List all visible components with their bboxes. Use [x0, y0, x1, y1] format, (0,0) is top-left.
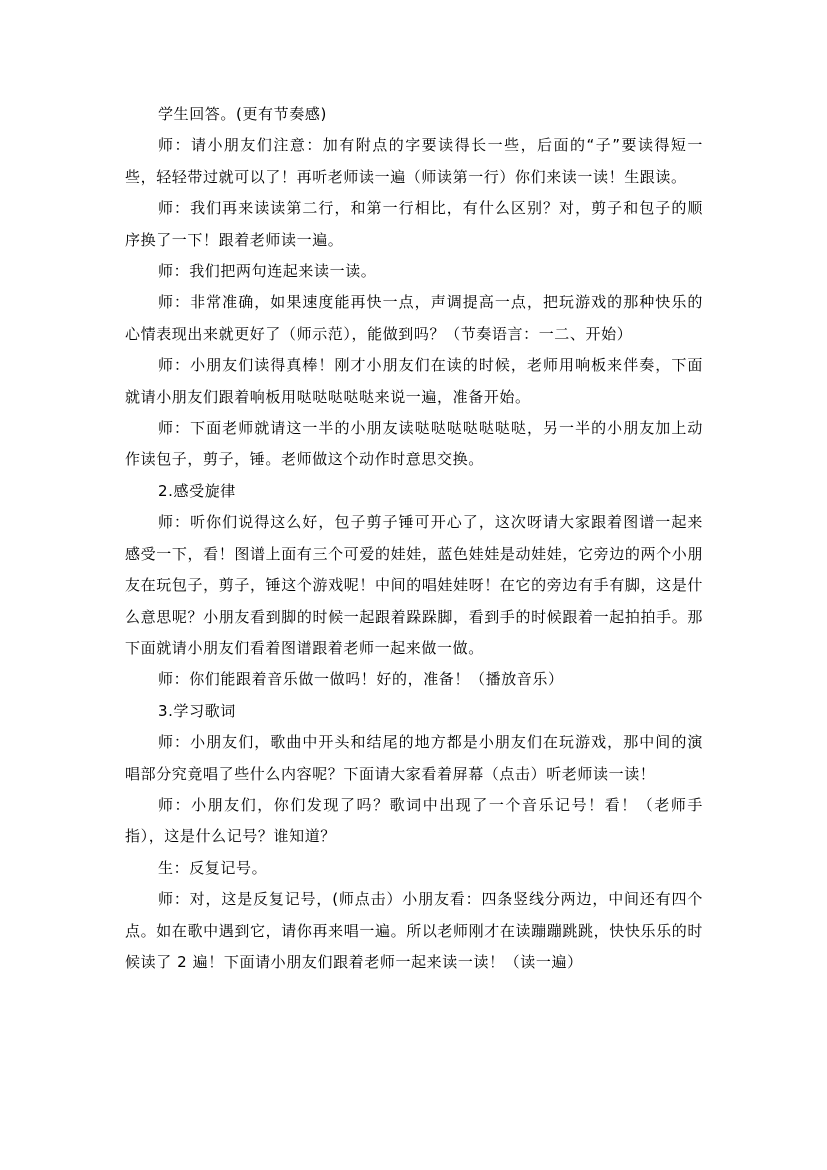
teacher-paragraph: 师：小朋友们，歌曲中开头和结尾的地方都是小朋友们在玩游戏，那中间的演唱部分究竟唱…: [125, 727, 703, 790]
teacher-paragraph: 师：小朋友们，你们发现了吗？歌词中出现了一个音乐记号！看！（老师手指），这是什么…: [125, 790, 703, 853]
teacher-paragraph: 师：听你们说得这么好，包子剪子锤可开心了，这次呀请大家跟着图谱一起来感受一下，看…: [125, 507, 703, 664]
teacher-paragraph: 师：我们再来读读第二行，和第一行相比，有什么区别？对，剪子和包子的顺序换了一下！…: [125, 193, 703, 256]
section-heading: 3.学习歌词: [125, 696, 703, 727]
teacher-paragraph: 师：小朋友们读得真棒！刚才小朋友们在读的时候，老师用响板来伴奏，下面就请小朋友们…: [125, 350, 703, 413]
teacher-paragraph: 师：下面老师就请这一半的小朋友读哒哒哒哒哒哒哒，另一半的小朋友加上动作读包子，剪…: [125, 413, 703, 476]
document-page: 学生回答。(更有节奏感) 师：请小朋友们注意：加有附点的字要读得长一些，后面的“…: [125, 99, 703, 978]
student-answer-paragraph: 生：反复记号。: [125, 853, 703, 884]
section-heading: 2.感受旋律: [125, 476, 703, 507]
student-answer-paragraph: 学生回答。(更有节奏感): [125, 99, 703, 130]
teacher-paragraph: 师：请小朋友们注意：加有附点的字要读得长一些，后面的“子”要读得短一些，轻轻带过…: [125, 130, 703, 193]
teacher-paragraph: 师：我们把两句连起来读一读。: [125, 256, 703, 287]
teacher-paragraph: 师：对，这是反复记号，(师点击）小朋友看：四条竖线分两边，中间还有四个点。如在歌…: [125, 884, 703, 978]
teacher-paragraph: 师：你们能跟着音乐做一做吗！好的，准备！（播放音乐）: [125, 664, 703, 695]
teacher-paragraph: 师：非常准确，如果速度能再快一点，声调提高一点，把玩游戏的那种快乐的心情表现出来…: [125, 287, 703, 350]
